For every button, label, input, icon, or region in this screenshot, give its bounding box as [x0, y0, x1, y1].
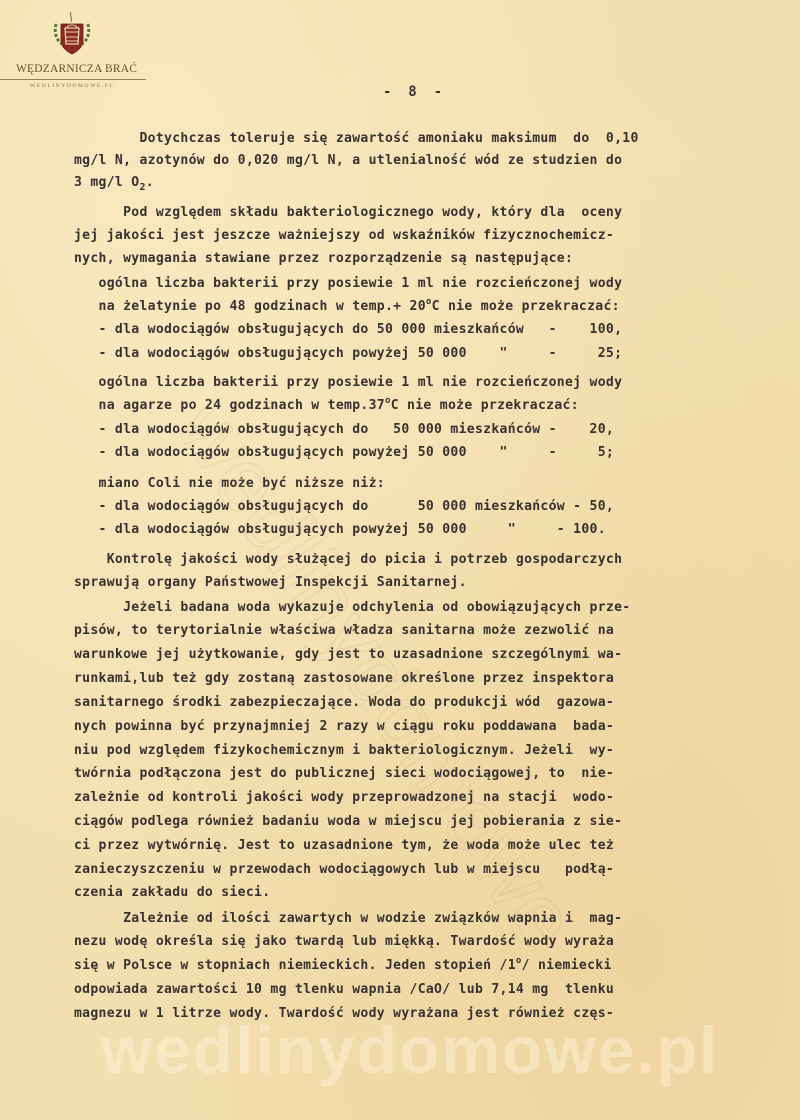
text-line: ci przez wytwórnię. Jest to uzasadnione …: [74, 836, 614, 856]
text-line: Kontrolę jakości wody służącej do picia …: [74, 550, 622, 570]
text-line: niu pod względem fizykochemicznym i bakt…: [74, 741, 614, 761]
text-line: - dla wodociągów obsługujących powyżej 5…: [74, 344, 622, 364]
text-line: czenia zakładu do sieci.: [74, 883, 270, 903]
text-line: nezu wodę określa się jako twardą lub mi…: [74, 932, 614, 952]
text-line: się w Polsce w stopniach niemieckich. Je…: [74, 956, 612, 976]
text-line: magnezu w 1 litrze wody. Twardość wody w…: [74, 1004, 614, 1024]
text-line: na żelatynie po 48 godzinach w temp.+ 20…: [74, 297, 620, 317]
text-line: ogólna liczba bakterii przy posiewie 1 m…: [74, 373, 622, 393]
text-line: zależnie od kontroli jakości wody przepr…: [74, 788, 614, 808]
text-line: mg/l N, azotynów do 0,020 mg/l N, a utle…: [74, 151, 622, 171]
text-line: runkami,lub też gdy zostaną zastosowane …: [74, 669, 614, 689]
logo-divider: [0, 79, 146, 80]
text-line: 3 mg/l O2.: [74, 173, 154, 193]
shield-emblem-icon: [48, 10, 96, 58]
text-line: pisów, to terytorialnie właściwa władza …: [74, 621, 614, 641]
logo-title: WĘDZARNICZA BRAĆ: [16, 63, 150, 75]
text-line: Zależnie od ilości zawartych w wodzie zw…: [74, 909, 622, 929]
text-line: nych, wymagania stawiane przez rozporząd…: [74, 249, 573, 269]
document-page: WĘDZARNICZA BRAĆ WEDLINYDOMOWE.PL - 8 - …: [0, 0, 800, 1120]
text-line: ciągów podlega również badaniu woda w mi…: [74, 812, 622, 832]
text-line: - dla wodociągów obsługujących powyżej 5…: [74, 443, 614, 463]
text-line: Jeżeli badana woda wykazuje odchylenia o…: [74, 598, 630, 618]
text-line: Pod względem składu bakteriologicznego w…: [74, 203, 622, 223]
text-line: na agarze po 24 godzinach w temp.37oC ni…: [74, 396, 579, 416]
page-number: - 8 -: [383, 84, 442, 100]
text-line: sprawują organy Państwowej Inspekcji San…: [74, 573, 467, 593]
text-line: twórnia podłączona jest do publicznej si…: [74, 764, 614, 784]
text-line: nych powinna być przynajmniej 2 razy w c…: [74, 717, 614, 737]
site-logo[interactable]: WĘDZARNICZA BRAĆ WEDLINYDOMOWE.PL: [0, 0, 160, 100]
text-line: ogólna liczba bakterii przy posiewie 1 m…: [74, 274, 622, 294]
text-line: odpowiada zawartości 10 mg tlenku wapnia…: [74, 980, 614, 1000]
text-line: Dotychczas toleruje się zawartość amonia…: [74, 129, 639, 149]
text-line: warunkowe jej użytkowanie, gdy jest to u…: [74, 645, 622, 665]
text-line: - dla wodociągów obsługujących do 50 000…: [74, 497, 614, 517]
text-line: zanieczyszczeniu w przewodach wodociągow…: [74, 860, 614, 880]
text-line: - dla wodociągów obsługujących do 50 000…: [74, 320, 622, 340]
text-line: sanitarnego środki zabezpieczające. Woda…: [74, 693, 614, 713]
text-line: - dla wodociągów obsługujących do 50 000…: [74, 420, 614, 440]
text-line: - dla wodociągów obsługujących powyżej 5…: [74, 520, 606, 540]
logo-subtitle: WEDLINYDOMOWE.PL: [30, 83, 114, 89]
text-line: jej jakości jest jeszcze ważniejszy od w…: [74, 226, 614, 246]
text-line: miano Coli nie może być niższe niż:: [74, 474, 385, 494]
